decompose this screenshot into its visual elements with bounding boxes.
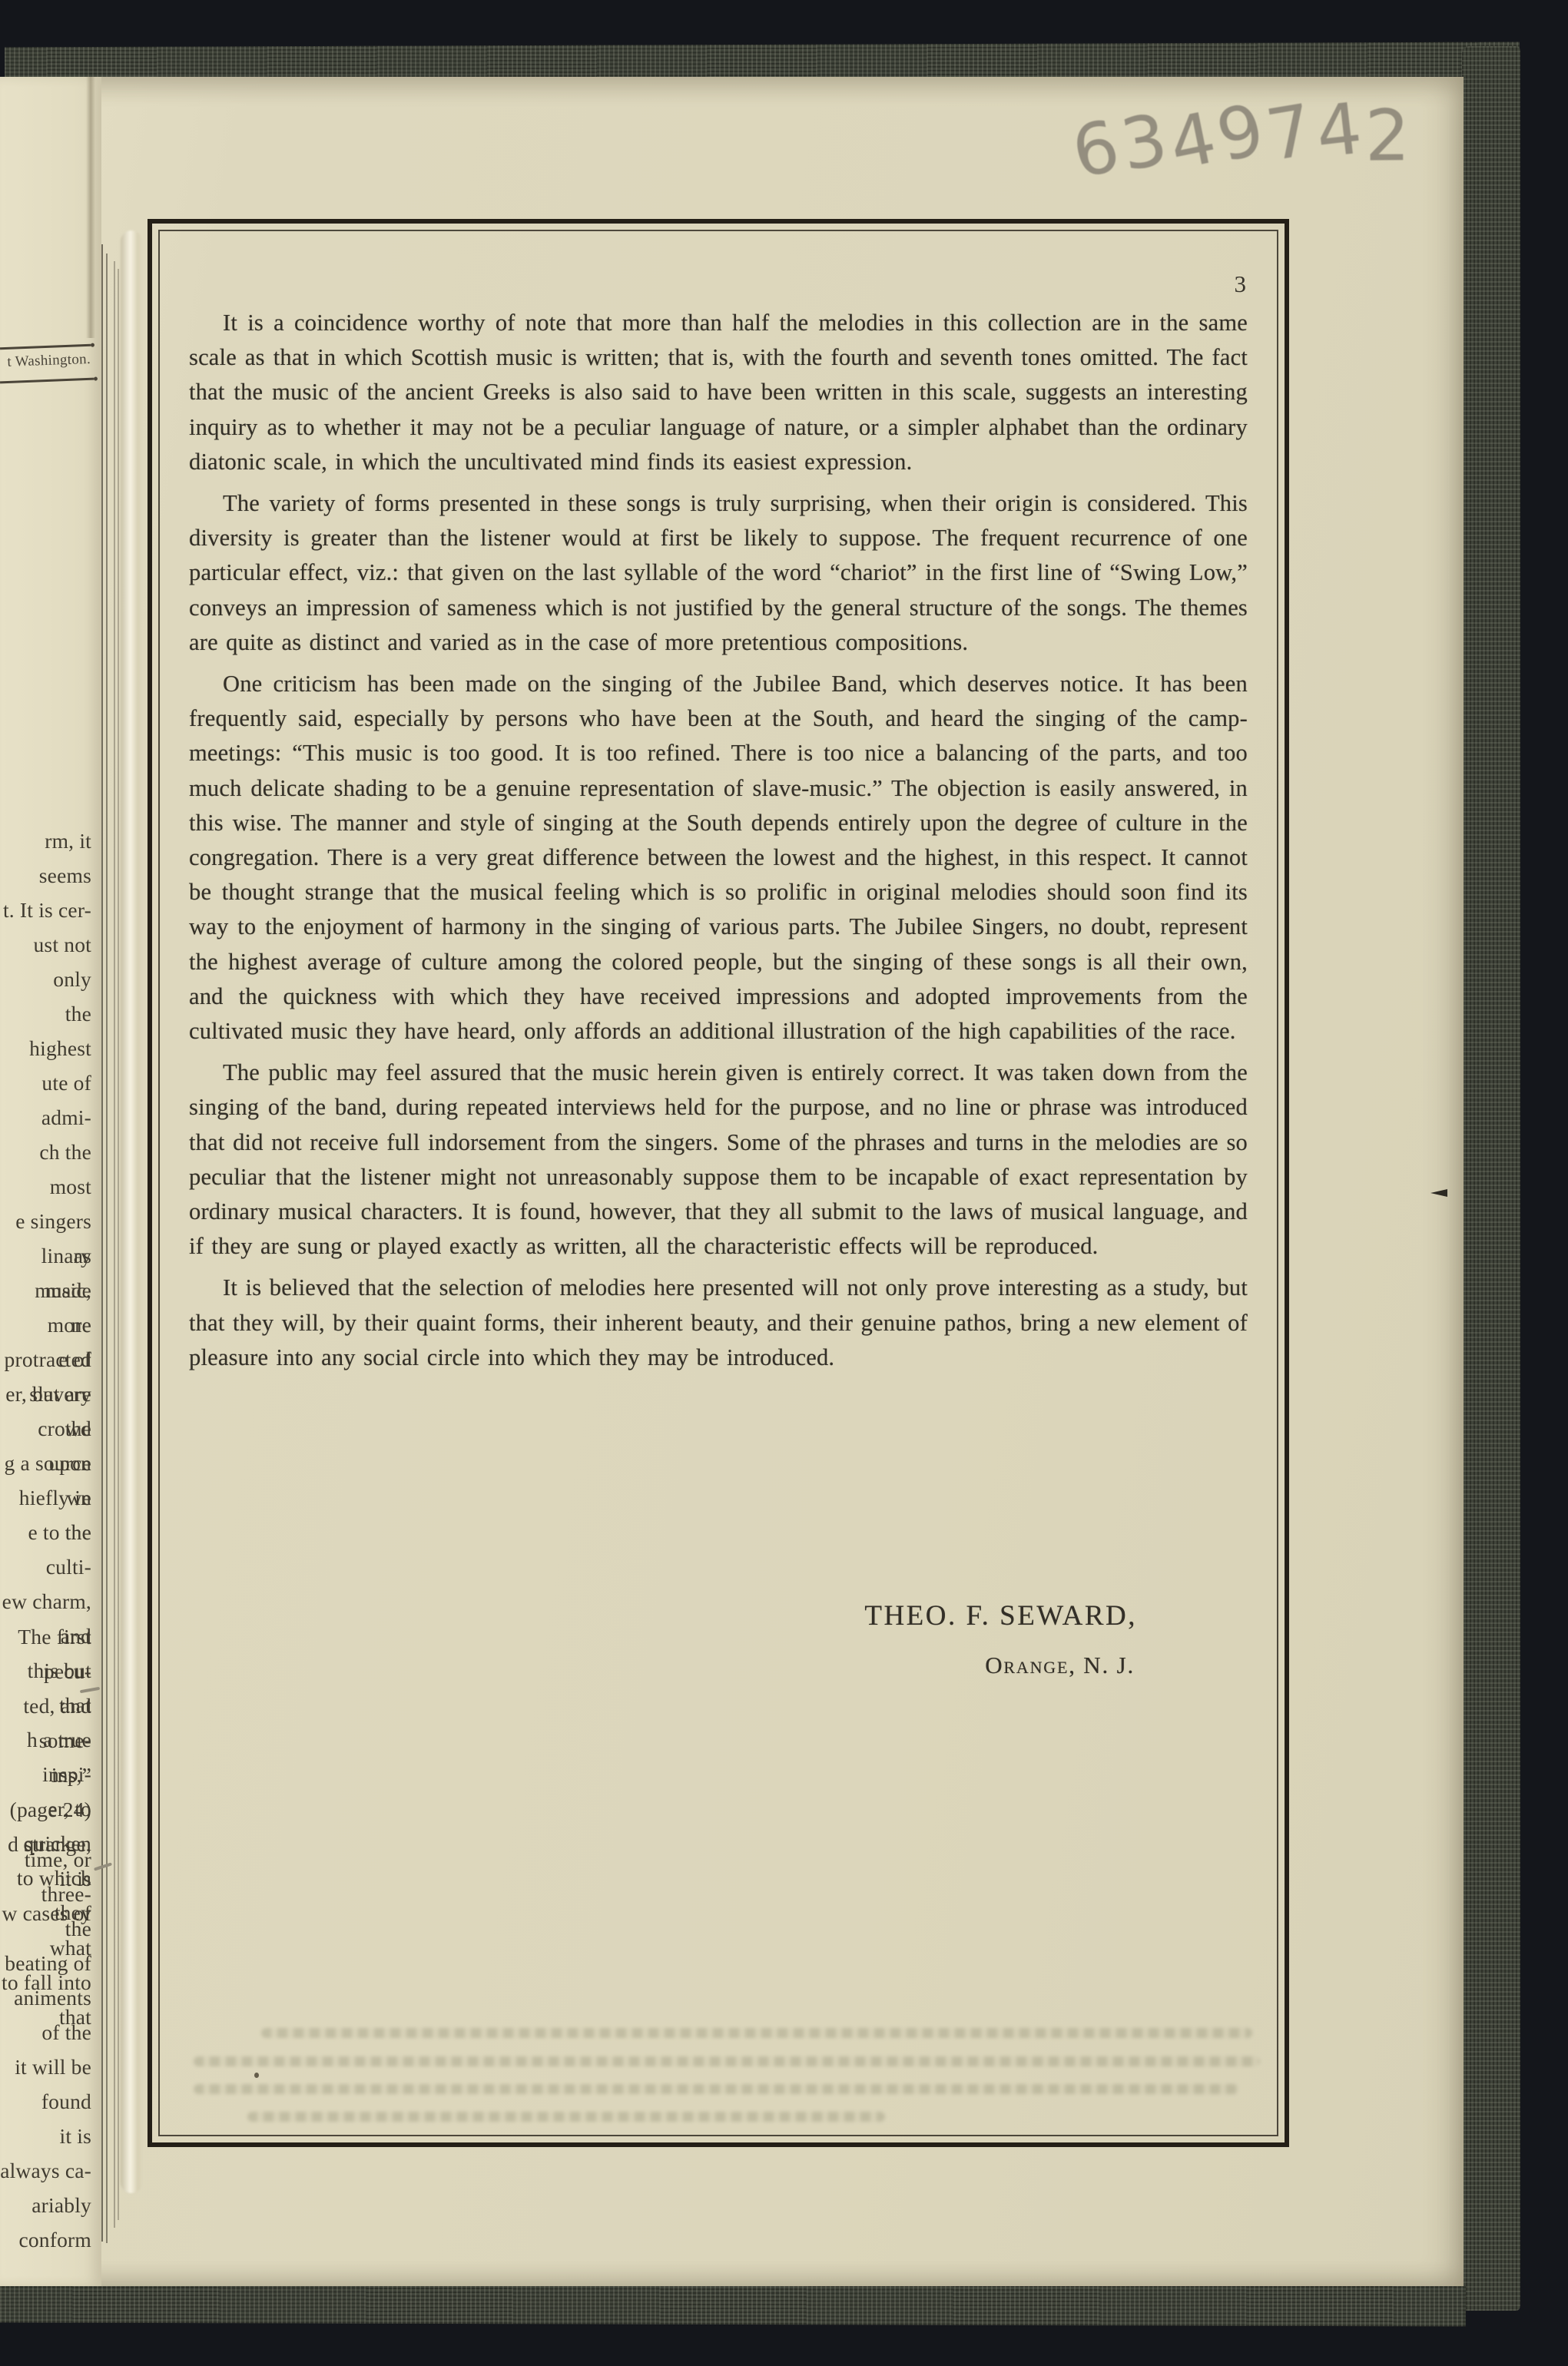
adjacent-page-caption: t Washington. [0, 351, 91, 371]
book-cover-edge-bottom [0, 2281, 1466, 2327]
page-number: 3 [1195, 270, 1246, 298]
body-paragraph: The public may feel assured that the mus… [189, 1055, 1248, 1264]
adjacent-page-frame-line [118, 269, 119, 2220]
page-gutter-crease [121, 230, 142, 2193]
adjacent-page-frame-line [106, 253, 108, 2243]
bleedthrough-text-line [247, 2112, 885, 2122]
bleedthrough-text-line [194, 2056, 1260, 2066]
ink-speck [254, 2073, 259, 2078]
book-scan: t Washington. rm, it seems t. It is cer-… [0, 0, 1568, 2366]
book-cover-edge-right [1462, 46, 1520, 2311]
body-paragraph: It is believed that the selection of mel… [189, 1271, 1248, 1375]
page-body-text: It is a coincidence worthy of note that … [189, 306, 1248, 1382]
adjacent-page-frame-line [101, 244, 103, 2242]
bleedthrough-text-line [194, 2084, 1238, 2094]
signature-name: THEO. F. SEWARD, [189, 1599, 1137, 1632]
bleedthrough-text-line [261, 2028, 1252, 2038]
body-paragraph: The variety of forms presented in these … [189, 486, 1248, 660]
body-paragraph: One criticism has been made on the singi… [189, 667, 1248, 1049]
signature-place: Orange, N. J. [189, 1652, 1135, 1679]
body-paragraph: It is a coincidence worthy of note that … [189, 306, 1248, 479]
page-fold-shadow [86, 77, 95, 338]
adjacent-page-frame-line [114, 261, 115, 2228]
adjacent-page-text-fragments: time, or three- the beating of animents … [0, 1842, 91, 2257]
